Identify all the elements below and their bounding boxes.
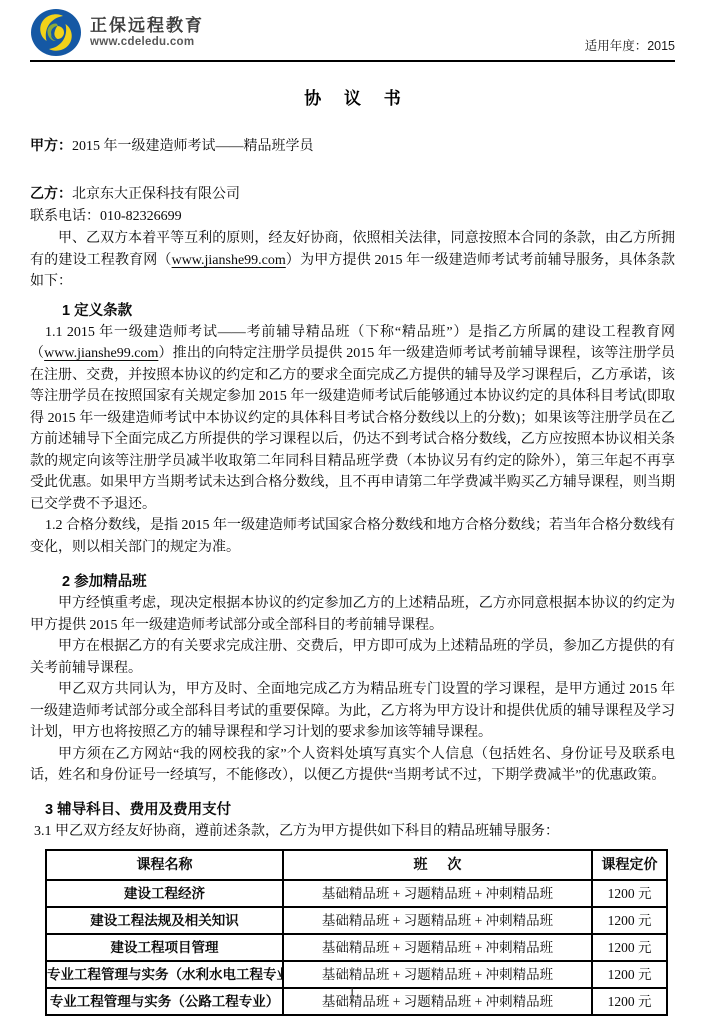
section2-paragraph-2: 甲方在根据乙方的有关要求完成注册、交费后，甲方即可成为上述精品班的学员，参加乙方… [30, 636, 675, 679]
contact-phone-line: 联系电话：010-82326699 [30, 206, 675, 228]
section3-heading: 3 辅导科目、费用及费用支付 [45, 799, 675, 821]
party-a-value: 2015 年一级建造师考试——精品班学员 [72, 139, 314, 154]
agreement-body: 甲、乙双方本着平等互利的原则，经友好协商，依照相关法律，同意按照本合同的条款，由… [30, 228, 675, 1016]
page-number: 1 [0, 984, 704, 1000]
agreement-page: 正保远程教育 www.cdeledu.com 适用年度：2015 协 议 书 甲… [0, 0, 704, 1018]
col-header-course: 课程名称 [46, 850, 283, 880]
cdel-swirl-logo-icon [30, 8, 82, 57]
clause-1-2: 1.2 合格分数线，是指 2015 年一级建造师考试国家合格分数线和地方合格分数… [30, 515, 675, 558]
course-classes: 基础精品班 + 习题精品班 + 冲刺精品班 [283, 907, 592, 934]
course-classes: 基础精品班 + 习题精品班 + 冲刺精品班 [283, 880, 592, 907]
party-a-line: 甲方：2015 年一级建造师考试——精品班学员 [30, 134, 675, 158]
logo-text-block: 正保远程教育 www.cdeledu.com [90, 16, 204, 49]
col-header-classes: 班 次 [283, 850, 592, 880]
table-row: 建设工程经济 基础精品班 + 习题精品班 + 冲刺精品班 1200 元 [46, 880, 667, 907]
applicable-year: 适用年度：2015 [585, 36, 675, 57]
jianshe99-link[interactable]: www.jianshe99.com [172, 253, 286, 268]
clause-3-1: 3.1 甲乙双方经友好协商，遵前述条款，乙方为甲方提供如下科目的精品班辅导服务： [30, 821, 675, 843]
party-b-label: 乙方： [30, 185, 72, 201]
section2-paragraph-1: 甲方经慎重考虑，现决定根据本协议的约定参加乙方的上述精品班，乙方亦同意根据本协议… [30, 593, 675, 636]
phone-value: 010-82326699 [100, 209, 182, 224]
page-header: 正保远程教育 www.cdeledu.com 适用年度：2015 [30, 8, 675, 62]
section2-heading: 2 参加精品班 [62, 571, 675, 593]
phone-label: 联系电话： [30, 209, 100, 224]
section2-paragraph-3: 甲乙双方共同认为，甲方及时、全面地完成乙方为精品班专门设置的学习课程，是甲方通过… [30, 679, 675, 744]
course-price: 1200 元 [592, 934, 667, 961]
brand-website: www.cdeledu.com [90, 36, 204, 49]
course-classes: 基础精品班 + 习题精品班 + 冲刺精品班 [283, 934, 592, 961]
party-a-label: 甲方： [30, 137, 72, 153]
table-row: 建设工程法规及相关知识 基础精品班 + 习题精品班 + 冲刺精品班 1200 元 [46, 907, 667, 934]
section2-paragraph-4: 甲方须在乙方网站“我的网校我的家”个人资料处填写真实个人信息（包括姓名、身份证号… [30, 744, 675, 787]
course-name: 建设工程项目管理 [46, 934, 283, 961]
table-row: 建设工程项目管理 基础精品班 + 习题精品班 + 冲刺精品班 1200 元 [46, 934, 667, 961]
section1-heading: 1 定义条款 [62, 300, 675, 322]
cdel-logo: 正保远程教育 www.cdeledu.com [30, 8, 204, 57]
party-b-line: 乙方：北京东大正保科技有限公司 [30, 182, 675, 206]
course-name: 建设工程法规及相关知识 [46, 907, 283, 934]
course-price: 1200 元 [592, 880, 667, 907]
intro-paragraph: 甲、乙双方本着平等互利的原则，经友好协商，依照相关法律，同意按照本合同的条款，由… [30, 228, 675, 293]
brand-name: 正保远程教育 [90, 16, 204, 36]
col-header-price: 课程定价 [592, 850, 667, 880]
jianshe99-link-2[interactable]: www.jianshe99.com [44, 346, 158, 361]
clause-1-1-post: ）推出的向特定注册学员提供 2015 年一级建造师考试考前辅导课程，该等注册学员… [30, 346, 675, 512]
parties-block: 甲方：2015 年一级建造师考试——精品班学员 乙方：北京东大正保科技有限公司 … [30, 134, 675, 228]
document-title: 协 议 书 [30, 84, 675, 109]
course-name: 建设工程经济 [46, 880, 283, 907]
party-b-value: 北京东大正保科技有限公司 [72, 187, 240, 202]
clause-1-1: 1.1 2015 年一级建造师考试——考前辅导精品班（下称“精品班”）是指乙方所… [30, 322, 675, 516]
course-price: 1200 元 [592, 907, 667, 934]
fee-table-header-row: 课程名称 班 次 课程定价 [46, 850, 667, 880]
